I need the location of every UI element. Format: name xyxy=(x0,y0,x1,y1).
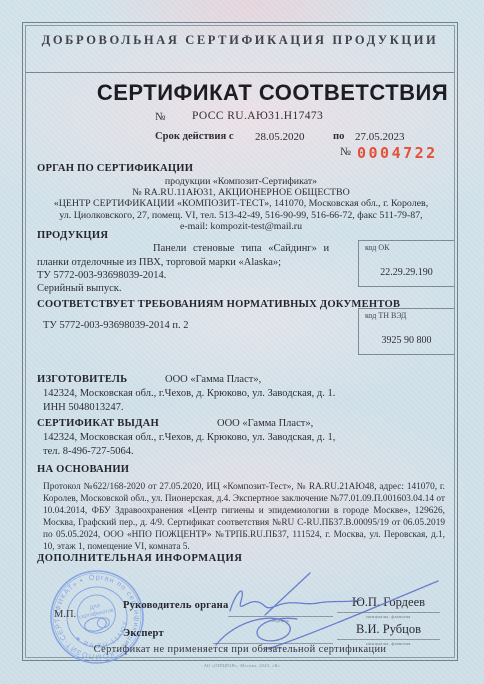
valid-from: 28.05.2020 xyxy=(255,131,305,143)
code-ok-label: код ОК xyxy=(365,243,389,252)
manufacturer-heading: ИЗГОТОВИТЕЛЬ xyxy=(37,374,127,385)
header-divider xyxy=(26,72,454,73)
issued-line-2: тел. 8-496-727-5064. xyxy=(43,446,134,457)
validity-label: Срок действия с xyxy=(155,131,234,142)
head-signature-stroke xyxy=(230,591,361,611)
code-tnved-label: код ТН ВЭД xyxy=(365,311,406,320)
org-line-4: ул. Циолковского, 27, помещ. VI, тел. 51… xyxy=(30,210,452,221)
expert-signature-flourish xyxy=(268,581,438,649)
manufacturer-line-2: ИНН 5048013247. xyxy=(43,402,124,413)
expert-signature-stroke xyxy=(216,618,297,645)
doc-header: ДОБРОВОЛЬНАЯ СЕРТИФИКАЦИЯ ПРОДУКЦИИ xyxy=(22,33,458,48)
additional-heading: ДОПОЛНИТЕЛЬНАЯ ИНФОРМАЦИЯ xyxy=(37,553,242,564)
issued-line-1: 142324, Московская обл., г.Чехов, д. Крю… xyxy=(43,432,335,443)
org-line-1: продукции «Композит-Сертификат» xyxy=(30,176,452,187)
manufacturer-name: ООО «Гамма Пласт», xyxy=(165,374,261,385)
footer-note: Сертификат не применяется при обязательн… xyxy=(40,644,440,655)
head-signature-flourish xyxy=(265,573,310,615)
code-tnved-value: 3925 90 800 xyxy=(359,335,454,346)
org-heading: ОРГАН ПО СЕРТИФИКАЦИИ xyxy=(37,163,193,174)
org-line-3: «ЦЕНТР СЕРТИФИКАЦИИ «КОМПОЗИТ-ТЕСТ», 141… xyxy=(30,198,452,209)
cert-no-label: № xyxy=(155,111,166,123)
certificate-page: ДОБРОВОЛЬНАЯ СЕРТИФИКАЦИЯ ПРОДУКЦИИ СЕРТ… xyxy=(0,0,484,684)
code-ok-value: 22.29.29.190 xyxy=(359,267,454,278)
code-tnved-box: код ТН ВЭД 3925 90 800 xyxy=(358,308,454,355)
issued-heading: СЕРТИФИКАТ ВЫДАН xyxy=(37,418,159,429)
form-no-label: № xyxy=(340,146,351,158)
org-line-2: № RA.RU.11АЮ31, АКЦИОНЕРНОЕ ОБЩЕСТВО xyxy=(30,187,452,198)
product-line-1: Панели стеновые типа «Сайдинг» и xyxy=(153,243,329,254)
valid-to-label: по xyxy=(333,131,344,142)
product-line-3: ТУ 5772-003-93698039-2014. xyxy=(37,270,166,281)
product-line-4: Серийный выпуск. xyxy=(37,283,121,294)
product-heading: ПРОДУКЦИЯ xyxy=(37,230,108,241)
form-no-value: 0004722 xyxy=(357,144,438,162)
conformity-line-1: ТУ 5772-003-93698039-2014 п. 2 xyxy=(43,320,188,331)
stamp-place-label: М.П. xyxy=(54,609,76,620)
basis-text: Протокол №622/168-2020 от 27.05.2020, ИЦ… xyxy=(43,481,445,554)
valid-to: 27.05.2023 xyxy=(355,131,405,143)
expert-label: Эксперт xyxy=(123,628,164,639)
manufacturer-line-1: 142324, Московская обл., г.Чехов, д. Крю… xyxy=(43,388,335,399)
basis-heading: НА ОСНОВАНИИ xyxy=(37,464,129,475)
product-line-2: планки отделочные из ПВХ, торговой марки… xyxy=(37,257,281,268)
cert-no-value: РОСС RU.АЮ31.Н17473 xyxy=(192,110,323,122)
code-ok-box: код ОК 22.29.29.190 xyxy=(358,240,454,287)
conformity-heading: СООТВЕТСТВУЕТ ТРЕБОВАНИЯМ НОРМАТИВНЫХ ДО… xyxy=(37,299,400,310)
page-title: СЕРТИФИКАТ СООТВЕТСТВИЯ xyxy=(95,80,450,106)
printer-imprint: АО «ОПЦИОН», Москва, 2020, «В» xyxy=(0,663,484,668)
issued-name: ООО «Гамма Пласт», xyxy=(217,418,313,429)
